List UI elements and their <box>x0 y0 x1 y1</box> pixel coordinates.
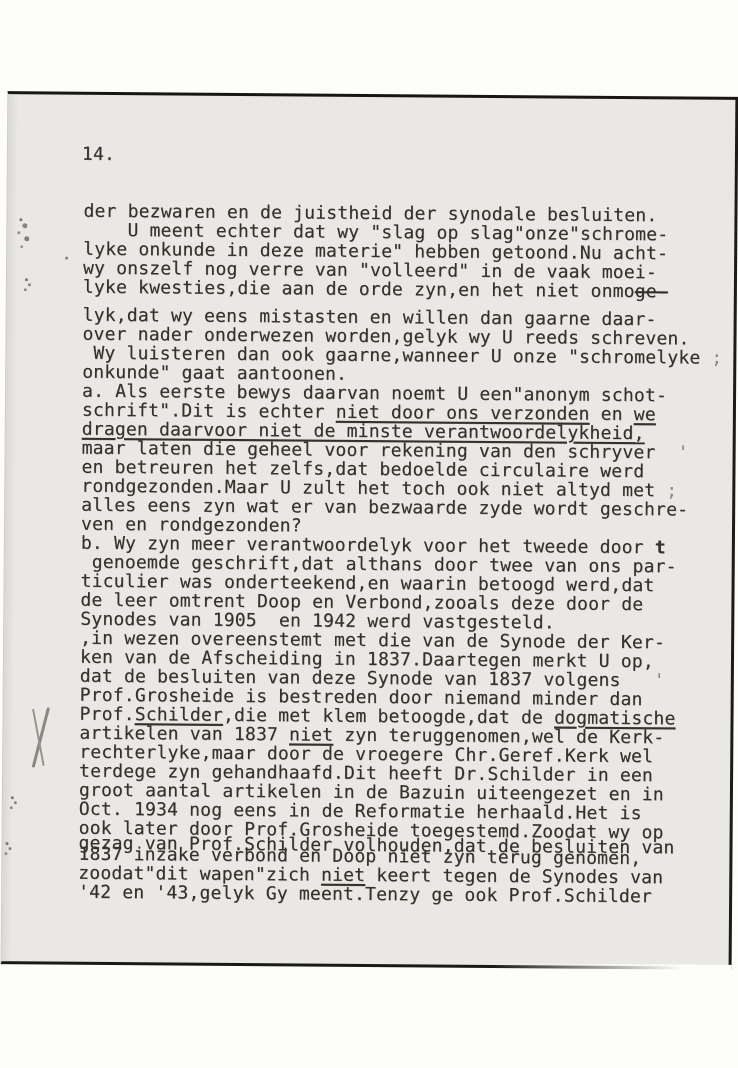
text-segment: '42 en '43,gelyk Gy meent.Tenzy ge ook P… <box>78 882 652 908</box>
ink-smudge <box>19 218 22 221</box>
document-page: 14. der bezwaren en de juistheid der syn… <box>1 91 738 970</box>
text-segment: t <box>655 537 666 558</box>
text-line: lyke kwesties,die aan de orde zyn,en het… <box>83 278 723 302</box>
ink-dot <box>65 257 68 260</box>
ink-smudge <box>6 842 9 845</box>
text-segment: we <box>634 404 656 425</box>
ink-smudge <box>25 278 28 281</box>
text-segment: ; <box>700 348 722 369</box>
edge-fade <box>492 963 732 971</box>
typed-text: der bezwaren en de juistheid der synodal… <box>78 202 724 907</box>
scan-canvas: 14. der bezwaren en de juistheid der syn… <box>0 0 738 1068</box>
ink-smudge <box>11 796 14 799</box>
text-segment: ge- <box>635 281 668 302</box>
text-segment: lyke kwesties,die aan de orde zyn,en het… <box>83 277 635 302</box>
page-number: 14. <box>82 145 115 164</box>
text-line: '42 en '43,gelyk Gy meent.Tenzy ge ook P… <box>78 883 718 907</box>
text-segment: ' <box>655 442 688 463</box>
pencil-x-mark <box>27 706 53 768</box>
text-segment: ; <box>655 480 677 501</box>
